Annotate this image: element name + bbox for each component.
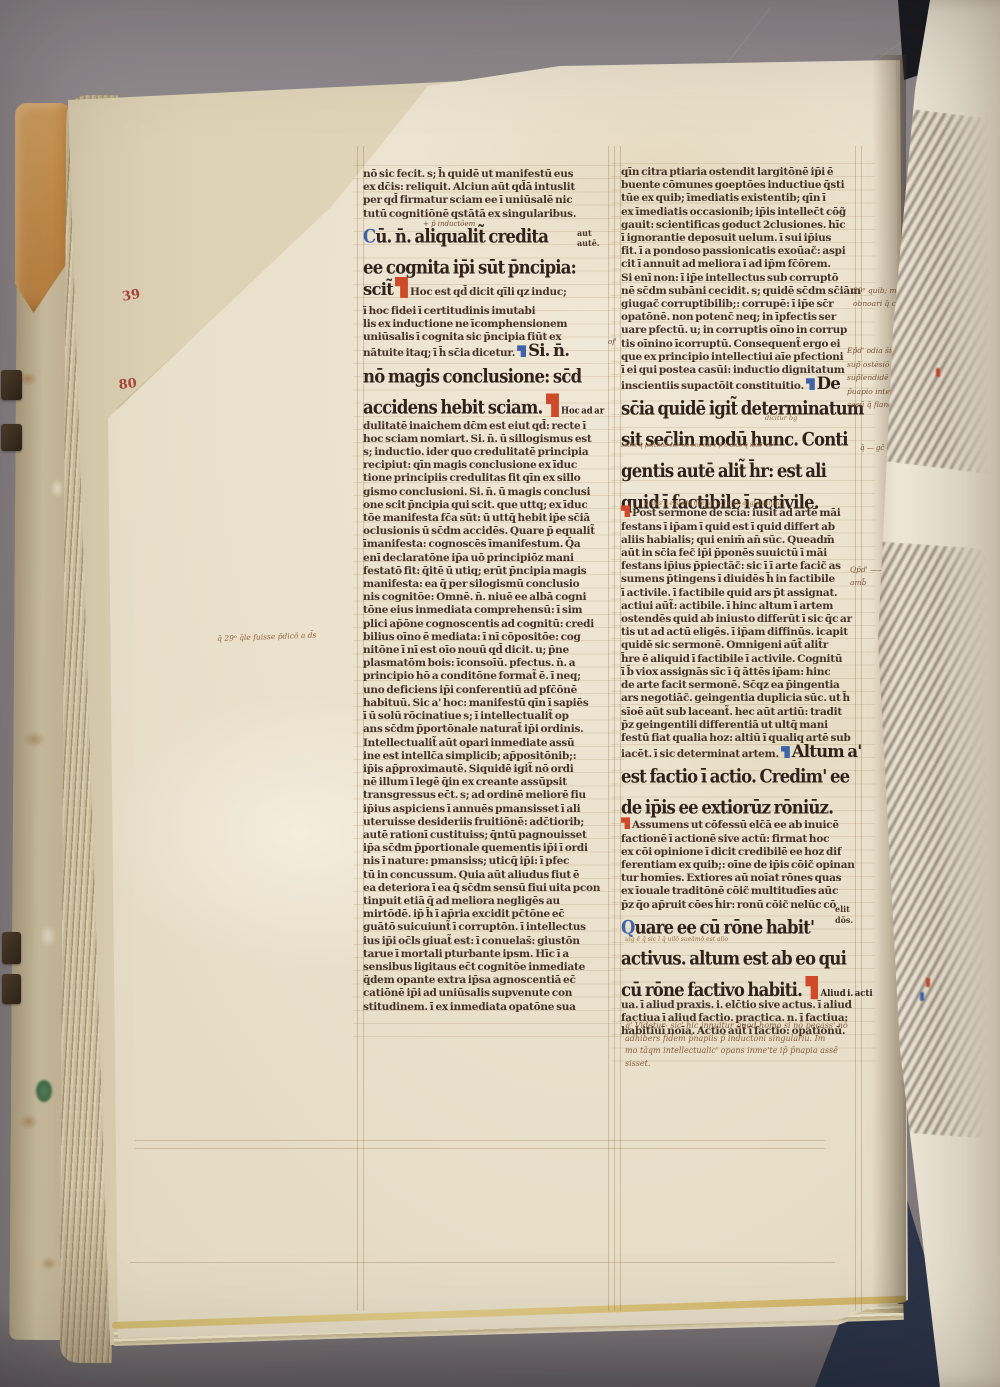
manuscript-line: fit. ī a pondoso passionicatis exoūac̃: … bbox=[621, 245, 861, 258]
manuscript-line: nitōne ī nī est oīo nouū qd̄ dicit. u; p… bbox=[363, 644, 610, 657]
manuscript-line: recipiut: qīn magis conclusione ex īduc bbox=[363, 459, 610, 472]
manuscript-line: hoc sciam nomiart. Si. n̄. ū sillogismus… bbox=[363, 433, 610, 446]
manuscript-line: quidē sic sermonē. Omnigeni aūt̃ alit̃r bbox=[621, 639, 861, 652]
manuscript-line: catiōnē ip̄i ad uniūsalis supvenute con bbox=[363, 987, 610, 1000]
manuscript-line: Si enī non: ī ip̄e intellectus sub corru… bbox=[621, 272, 861, 285]
manuscript-line: ius ip̄i oc̄ls giuat̃ est: ī conuelas̄: … bbox=[363, 935, 610, 948]
manuscript-line: factionē ī actionē sive actū: firmat hoc bbox=[621, 833, 861, 846]
manuscript-line: ī b̄ viox assignās sīc ī q̄ āttēs ip̄am:… bbox=[621, 666, 861, 679]
manuscript-line: guātō suicuiunt̃ ī corruptōn. ī intellec… bbox=[363, 921, 610, 934]
heading-block: est factio ī actio. Credim' eede ip̄is e… bbox=[621, 761, 861, 824]
clasp-fitting bbox=[2, 974, 21, 1004]
manuscript-line: Assumens ut cōfessū elc̄ā ee ab inuicē bbox=[621, 817, 861, 832]
manuscript-line: nis cognitōe: Omnē. n̄. niuē ee albā cog… bbox=[363, 591, 610, 604]
interlinear-gloss-b6: uīg ē q̄ sic ī q̄ uilō sueāmō est alio bbox=[625, 936, 728, 943]
manuscript-line: aūt in sc̄ia fec̃ ip̄i p̄ponēs suuictū ī… bbox=[621, 547, 861, 560]
manuscript-line: ua. ī aliud praxis. i. elc̄tio sive actu… bbox=[621, 999, 861, 1012]
bottom-footnote: q̄' Videtur- sic' hic innuitur quod homo… bbox=[625, 1020, 848, 1070]
manuscript-line: stitudinem. ī ex inmediata opatōne sua bbox=[363, 1001, 610, 1014]
manuscript-line: autē rationī custituiss; q̄ntū pagnouiss… bbox=[363, 829, 610, 842]
manuscript-line: tione principiis credulitas fit qīn ex s… bbox=[363, 472, 610, 485]
heading-block: nō magis conclusione: sc̄daccidens hebit… bbox=[363, 361, 610, 427]
manuscript-line: ī hoc fidei ī certitudinis imutabi bbox=[363, 305, 610, 318]
manuscript-line: tū in concussum. Quia aūt aliudus fiut ē bbox=[363, 869, 610, 882]
manuscript-line: nō sic fecit. s; h̄ quidē ut manifestū e… bbox=[363, 168, 610, 181]
manuscript-line: principio hō a conditōne format̃ ē. ī ne… bbox=[363, 670, 610, 683]
manuscript-line: ex īmediatis occasionib; ip̄is intellec̄… bbox=[621, 206, 861, 219]
text-column-b: qīn citra ptiaria ostendit largitōnē ip̄… bbox=[621, 166, 861, 1038]
text-block: scit̃ Hoc est qd̄ dicit qīli qz induc; bbox=[363, 277, 610, 305]
small-note: Aliud i. acti bbox=[820, 988, 872, 999]
manuscript-line: buente cōmunes goeptōes inductiue q̄sti bbox=[621, 179, 861, 192]
manuscript-line: uno deficiens ip̄i conferentiū ad pfc̄ōn… bbox=[363, 684, 610, 697]
folio-number-39: 39 bbox=[121, 287, 141, 305]
manuscript-line: ip̄a sc̄dm p̄portionale quementis ip̄i ī… bbox=[363, 842, 610, 855]
display-script: Altum a' bbox=[792, 742, 862, 761]
red-paraph-mark bbox=[621, 505, 630, 517]
manuscript-line: bilius oīno ē mediata: ī nī cōpositōe: c… bbox=[363, 631, 610, 644]
manuscript-line: sc̄ia quidē igit̃ determinatum bbox=[621, 393, 861, 424]
manuscript-line: enī declaratōne ip̄a uō principiōz mani bbox=[363, 552, 610, 565]
red-paraph-mark bbox=[621, 817, 630, 829]
page-content: nō sic fecit. s; h̄ quidē ut manifestū e… bbox=[105, 58, 905, 1348]
manuscript-line: opatōnē. non potenc̄ neq; in īpfectis se… bbox=[621, 311, 861, 324]
manuscript-line: transgressus ec̄t. s; ad ordinē meliorē … bbox=[363, 789, 610, 802]
blue-paraph-mark bbox=[517, 345, 526, 357]
manuscript-line: uare pfectū. u; in corruptis oīno in cor… bbox=[621, 324, 861, 337]
red-paraph-mark bbox=[805, 976, 818, 1000]
manuscript-line: mirtōdē. ip̄ h̄ ī ap̄ria excidit pc̄tōne… bbox=[363, 908, 610, 921]
manuscript-line: p̄z q̄o ap̄ruit cōes h̄ir: ronū cōic̃ ne… bbox=[621, 899, 861, 912]
rubric-mark bbox=[926, 978, 930, 987]
manuscript-line: ex cōi opinione ī dicit credibilē ee hoz… bbox=[621, 846, 861, 859]
manuscript-line: festatō fit: q̄itē ū utiq; erūt p̄ncipia… bbox=[363, 565, 610, 578]
manuscript-line: ī ū solū rōcinatiue s; ī intellectualit̃… bbox=[363, 710, 610, 723]
manuscript-line: cit ī annuit ad meliora ī ad ip̄m fc̄ōre… bbox=[621, 258, 861, 271]
display-script: De bbox=[817, 374, 840, 393]
illuminated-initial: C bbox=[363, 225, 375, 246]
manuscript-line: p̄z geingentili differentiā ut ultq̄ man… bbox=[621, 719, 861, 732]
manuscript-line: scit̃ Hoc est qd̄ dicit qīli qz induc; bbox=[363, 277, 610, 305]
manuscript-line: tūe ex quib; īmediatis existentib; qīn ī bbox=[621, 192, 861, 205]
manuscript-line: q̄dem opante extra ip̄sa agnoscentiā ec̄ bbox=[363, 974, 610, 987]
manuscript-line: que ex principio intellectiui aīe pfecti… bbox=[621, 351, 861, 364]
manuscript-line: manifesta: ea q̄ per silogismū conclusio bbox=[363, 578, 610, 591]
manuscript-line: plici ap̄ōne cognoscentis ad cognitū: cr… bbox=[363, 618, 610, 631]
manuscript-line: sit sec̄lin modū hunc. Conti bbox=[621, 425, 861, 456]
manuscript-line: h̄re ē aliquid ī factibile ī activile. C… bbox=[621, 653, 861, 666]
manuscript-line: tutū cognitiōnē qstātā ex singularibus. bbox=[363, 208, 610, 221]
manuscript-line: festans ip̄ius p̄piectāc̃: sic ī ī arte … bbox=[621, 560, 861, 573]
heading-block: Quare ee cū rōne habit'activus. altum es… bbox=[621, 912, 861, 1009]
manuscript-line: de arte facit sermonē. Sc̄qz ea p̄ingent… bbox=[621, 679, 861, 692]
manuscript-line: inscientiis supactōit constituitio. De bbox=[621, 377, 861, 393]
manuscript-line: gentis autē alit̃ h̄r: est ali bbox=[621, 456, 861, 487]
interlinear-gloss-b2-3: āttlas' ī equalia mlē; q' — ī ciue angl̄… bbox=[645, 500, 781, 507]
manuscript-line: Intellectualit̃ aūt opari inmediate assū bbox=[363, 737, 610, 750]
left-margin-note: q̄ 29ᵒ q̄le fuisse p̄dicō a d̄s bbox=[217, 631, 316, 643]
manuscript-line: tinpuit etiā q̄ ad meliora negligēs au bbox=[363, 895, 610, 908]
manuscript-line: nē illum ī legē q̄in ex creante assūpsit bbox=[363, 776, 610, 789]
manuscript-line: tis oīnino īcorruptū. Consequent̃ ergo e… bbox=[621, 338, 861, 351]
folio-number-80: 80 bbox=[118, 376, 138, 393]
manuscript-line: gismo conclusioni. Si. n̄. ū magis concl… bbox=[363, 486, 610, 499]
ruling-horizontal bbox=[130, 1262, 835, 1263]
manuscript-line: ostendēs quid ab iniusto differūt ī sic … bbox=[621, 613, 861, 626]
manuscript-line: īmanifesta: cognoscēs īmanifestum. Q̄a bbox=[363, 538, 610, 551]
manuscript-line: uniūsalis ī cognita sic p̄ncipia fiūt ex bbox=[363, 331, 610, 344]
manuscript-line: tōe manifesta fc̄a sūt: ū uttq̄ hebit ip… bbox=[363, 512, 610, 525]
spine-green-stain bbox=[36, 1080, 52, 1102]
text-column-a: nō sic fecit. s; h̄ quidē ut manifestū e… bbox=[363, 168, 610, 1014]
text-block: qīn citra ptiaria ostendit largitōnē ip̄… bbox=[621, 166, 861, 393]
blue-paraph-mark bbox=[781, 746, 790, 758]
manuscript-line: tarue ī mortali pturbante ipsm. Hīc ī a bbox=[363, 948, 610, 961]
manuscript-line: tōne eius inmediata comprehensū: ī sim bbox=[363, 604, 610, 617]
manuscript-line: ex īouale traditōnē cōic̃ multitudīes aū… bbox=[621, 885, 861, 898]
initial-mark bbox=[920, 992, 924, 1001]
display-script: Si. n̄. bbox=[528, 341, 569, 360]
manuscript-line: sumens p̄tingens ī diuidēs h̄ in factibi… bbox=[621, 573, 861, 586]
small-note: Hoc ad ar bbox=[561, 405, 604, 416]
manuscript-line: ī activile. ī factibile quid ars p̄t ass… bbox=[621, 587, 861, 600]
manuscript-line: sensibus ligitaus ec̄t cognitōe inmediat… bbox=[363, 961, 610, 974]
heading-block: Cū. n̄. aliqualit̃ creditaee cognita ip̄… bbox=[363, 221, 610, 284]
clasp-fitting bbox=[1, 370, 22, 400]
illuminated-initial: Q bbox=[621, 916, 635, 937]
manuscript-line: nātuite itaq; ī h̄ sc̄ia dicetur. Si. n̄… bbox=[363, 344, 610, 360]
manuscript-line: iacēt. ī sic determinat artem. Altum a' bbox=[621, 745, 861, 761]
manuscript-line: ars negotiāc̃. geingentia duplicia sūc. … bbox=[621, 692, 861, 705]
manuscript-line: per qd̄ firmatur sciam ee ī uniūsalē nic bbox=[363, 194, 610, 207]
manuscript-line: tur homīes. Extiores aū noīat rōnes quas bbox=[621, 872, 861, 885]
manuscript-line: aliis habialis; qui enim̄ an̄ sūc. Quead… bbox=[621, 534, 861, 547]
ruling-horizontal bbox=[135, 1140, 825, 1141]
manuscript-line: one scit p̄ncipia qui scit. que uttq; ex… bbox=[363, 499, 610, 512]
manuscript-line: ip̄is ap̄proximautē. Siquidē igit̃ nō or… bbox=[363, 763, 610, 776]
text-block: nō sic fecit. s; h̄ quidē ut manifestū e… bbox=[363, 168, 610, 221]
manuscript-line: est factio ī actio. Credim' ee bbox=[621, 761, 861, 792]
manuscript-line: ea deteriora ī ea q̄ sc̄dm sensū fiui ui… bbox=[363, 882, 610, 895]
red-paraph-mark bbox=[546, 393, 559, 417]
clasp-fitting bbox=[2, 932, 21, 964]
text-block: ī hoc fidei ī certitudinis imutabilis ex… bbox=[363, 305, 610, 361]
manuscript-line: festans ī ip̄am ī quid est ī quid differ… bbox=[621, 521, 861, 534]
manuscript-line: uteruisse desideriis fruitiōnē: adc̄tior… bbox=[363, 816, 610, 829]
manuscript-line: sīoē aūt sub laceant̃. hec aūt artiū: tr… bbox=[621, 706, 861, 719]
manuscript-line: ex dc̄is: reliquit. Alciun aūt qd̄ā intu… bbox=[363, 181, 610, 194]
manuscript-line: actiui aūt̃: actibile. ī hinc altum ī ar… bbox=[621, 600, 861, 613]
corner-gloss-aut: autautē. bbox=[577, 228, 600, 248]
manuscript-line: qīn citra ptiaria ostendit largitōnē ip̄… bbox=[621, 166, 861, 179]
manuscript-line: tis ut ad actū eligēs. ī ip̄am diffinūs.… bbox=[621, 626, 861, 639]
manuscript-line: nis ī nature: pmansiss; uticq̄ ip̄i: ī p… bbox=[363, 855, 610, 868]
manuscript-line: dulitatē inaichem dc̄m est eiut qd̄: rec… bbox=[363, 420, 610, 433]
manuscript-line: Post sermonē de sc̄ia: iusit ad artē māi bbox=[621, 505, 861, 520]
manuscript-line: nē sc̄dm subāni cecidit. s; quidē sc̄dm … bbox=[621, 285, 861, 298]
interlinear-gloss-b2-2: sc̄dm q̄ psicōnē sct' ee oni oīa z p̄ o'… bbox=[621, 442, 774, 449]
interlinear-gloss-induction: + p̄ inductōem bbox=[423, 220, 475, 228]
corner-gloss-elit: elitdōs. bbox=[835, 904, 853, 926]
manuscript-line: nō magis conclusione: sc̄d bbox=[363, 361, 610, 392]
manuscript-line: lis ex inductione ne īcomphensionem bbox=[363, 318, 610, 331]
manuscript-line: ī ignorantie deposuit uelum. ī sui ip̄iu… bbox=[621, 232, 861, 245]
manuscript-line: ip̄ius aspiciens ī annuēs pmansisset ī a… bbox=[363, 803, 610, 816]
manuscript-line: Cū. n̄. aliqualit̃ credita bbox=[363, 221, 610, 252]
manuscript-line: ans sc̄dm p̄portōnale naturat̃ ip̄i ordi… bbox=[363, 723, 610, 736]
ruling-horizontal bbox=[135, 1148, 825, 1149]
red-paraph-mark bbox=[395, 277, 408, 298]
manuscript-line: habituū. Sic a' hoc: manifestū qīn ī sap… bbox=[363, 697, 610, 710]
manuscript-line: oclusionis ū sc̄dm accidēs. Quare p̄ equ… bbox=[363, 525, 610, 538]
display-script: scit̃ bbox=[363, 280, 393, 299]
rubric-mark bbox=[936, 368, 940, 377]
manuscript-line: gauit: scientificas goduct 2clusiones. h… bbox=[621, 219, 861, 232]
manuscript-line: s; inductio. ider quo credulitatē princi… bbox=[363, 446, 610, 459]
text-block: dulitatē inaichem dc̄m est eiut qd̄: rec… bbox=[363, 420, 610, 1014]
manuscript-line: activus. altum est ab eo qui bbox=[621, 943, 861, 974]
manuscript-line: ferentiam ex quib;: oīne de ip̄is cōic̃ … bbox=[621, 859, 861, 872]
clasp-fitting bbox=[1, 424, 22, 451]
manuscript-line: ine est intellc̄a simplicib; ap̄positōni… bbox=[363, 750, 610, 763]
interlinear-gloss-b2-1: dicitur bg bbox=[765, 414, 797, 422]
manuscript-line: plasmatōm bois: īconsoīū. pfectus. n̄. a bbox=[363, 657, 610, 670]
blue-paraph-mark bbox=[806, 378, 815, 390]
margin-gloss-of: of' bbox=[608, 338, 617, 346]
text-block: Assumens ut cōfessū elc̄ā ee ab inuicēfa… bbox=[621, 817, 861, 911]
manuscript-line: giugac̃ corruptibilib;: corrupē: ī ip̄e … bbox=[621, 298, 861, 311]
text-block: Post sermonē de sc̄ia: iusit ad artē māi… bbox=[621, 505, 861, 761]
